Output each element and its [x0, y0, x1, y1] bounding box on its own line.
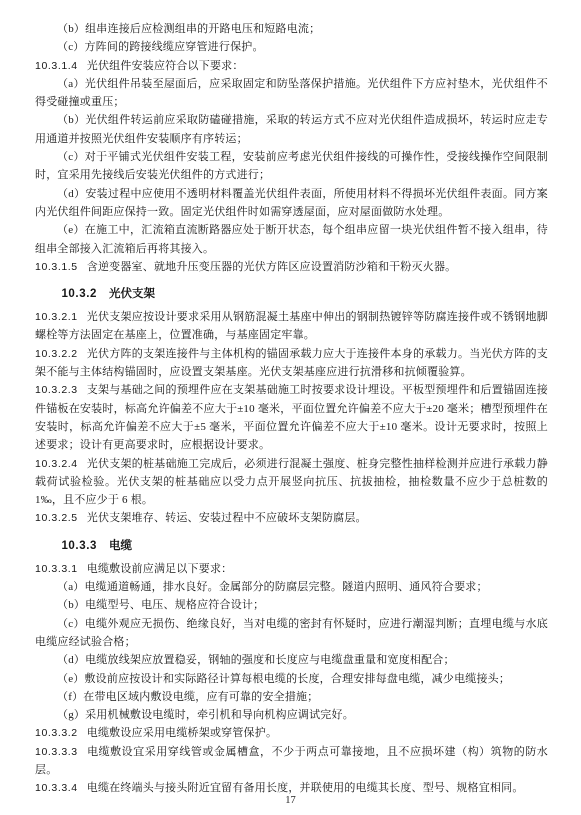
clause-number: 10.3.2.1: [35, 311, 78, 323]
clause-text: 光伏方阵的支架连接件与主体机构的锚固承载力应大于连接件本身的承载力。当光伏方阵的…: [35, 348, 548, 378]
clause-text: 支架与基础之间的预埋件应在支架基础施工时按要求设计埋设。平板型预埋件和后置锚固连…: [35, 384, 548, 451]
clause-10-3-3-1: 10.3.3.1电缆敷设前应满足以下要求：: [35, 560, 548, 578]
section-heading-10-3-2: 10.3.2光伏支架: [35, 286, 548, 302]
list-item-e: （e）敷设前应按设计和实际路径计算每根电缆的长度，合理安排每盘电缆，减少电缆接头…: [35, 670, 548, 688]
list-item-a: （a）电缆通道畅通，排水良好。金属部分的防腐层完整。隧道内照明、通风符合要求；: [35, 578, 548, 596]
clause-number: 10.3.2.4: [35, 458, 78, 470]
heading-number: 10.3.2: [61, 288, 97, 300]
clause-10-3-2-5: 10.3.2.5光伏支架堆存、转运、安装过程中不应破坏支架防腐层。: [35, 509, 548, 527]
list-item-c: （c）对于平铺式光伏组件安装工程，安装前应考虑光伏组件接线的可操作性，受接线操作…: [35, 148, 548, 185]
clause-text: 光伏组件安装应符合以下要求：: [87, 60, 244, 72]
list-item-c: （c）方阵间的跨接线缆应穿管进行保护。: [35, 38, 548, 56]
clause-text: 电缆敷设前应满足以下要求：: [87, 563, 233, 575]
clause-10-3-3-2: 10.3.3.2电缆敷设应采用电缆桥架或穿管保护。: [35, 724, 548, 742]
list-item-a: （a）光伏组件吊装至屋面后，应采取固定和防坠落保护措施。光伏组件下方应衬垫木，光…: [35, 75, 548, 112]
clause-number: 10.3.3.3: [35, 746, 78, 758]
page-number: 17: [0, 795, 581, 806]
list-item-g: （g）采用机械敷设电缆时，牵引机和导向机构应调试完好。: [35, 706, 548, 724]
clause-10-3-2-2: 10.3.2.2光伏方阵的支架连接件与主体机构的锚固承载力应大于连接件本身的承载…: [35, 345, 548, 382]
clause-10-3-2-3: 10.3.2.3支架与基础之间的预埋件应在支架基础施工时按要求设计埋设。平板型预…: [35, 381, 548, 454]
clause-10-3-2-1: 10.3.2.1光伏支架应按设计要求采用从钢筋混凝土基座中伸出的钢制热镀锌等防腐…: [35, 308, 548, 345]
clause-10-3-1-4: 10.3.1.4光伏组件安装应符合以下要求：: [35, 57, 548, 75]
clause-text: 电缆敷设宜采用穿线管或金属槽盒，不少于两点可靠接地，且不应损坏建（构）筑物的防水…: [35, 746, 548, 776]
section-heading-10-3-3: 10.3.3电缆: [35, 538, 548, 554]
clause-10-3-1-5: 10.3.1.5含逆变器室、就地升压变压器的光伏方阵区应设置消防沙箱和干粉灭火器…: [35, 258, 548, 276]
heading-text: 光伏支架: [109, 288, 155, 300]
clause-number: 10.3.2.2: [35, 348, 78, 360]
clause-text: 含逆变器室、就地升压变压器的光伏方阵区应设置消防沙箱和干粉灭火器。: [87, 261, 457, 273]
list-item-c: （c）电缆外观应无损伤、绝缘良好，当对电缆的密封有怀疑时，应进行潮湿判断；直埋电…: [35, 615, 548, 652]
clause-number: 10.3.3.1: [35, 563, 78, 575]
clause-text: 光伏支架的桩基础施工完成后，必须进行混凝土强度、桩身完整性抽样检测并应进行承载力…: [35, 458, 548, 507]
clause-number: 10.3.2.5: [35, 512, 78, 524]
clause-number: 10.3.3.4: [35, 782, 78, 794]
clause-10-3-3-3: 10.3.3.3电缆敷设宜采用穿线管或金属槽盒，不少于两点可靠接地，且不应损坏建…: [35, 743, 548, 780]
list-item-f: （f）在带电区域内敷设电缆，应有可靠的安全措施；: [35, 688, 548, 706]
clause-number: 10.3.3.2: [35, 727, 78, 739]
list-item-b: （b）电缆型号、电压、规格应符合设计；: [35, 596, 548, 614]
list-item-e: （e）在施工中，汇流箱直流断路器应处于断开状态，每个组串应留一块光伏组件暂不接入…: [35, 221, 548, 258]
list-item-d: （d）安装过程中应使用不透明材料覆盖光伏组件表面，所使用材料不得损坏光伏组件表面…: [35, 185, 548, 222]
document-page: （b）组串连接后应检测组串的开路电压和短路电流； （c）方阵间的跨接线缆应穿管进…: [0, 0, 581, 815]
heading-text: 电缆: [109, 540, 132, 552]
list-item-b: （b）组串连接后应检测组串的开路电压和短路电流；: [35, 20, 548, 38]
page-content: （b）组串连接后应检测组串的开路电压和短路电流； （c）方阵间的跨接线缆应穿管进…: [0, 0, 581, 798]
clause-text: 电缆在终端头与接头附近宜留有备用长度，并联使用的电缆其长度、型号、规格宜相同。: [87, 782, 524, 794]
clause-number: 10.3.1.4: [35, 60, 78, 72]
heading-number: 10.3.3: [61, 540, 97, 552]
list-item-b: （b）光伏组件转运前应采取防磕碰措施，采取的转运方式不应对光伏组件造成损坏，转运…: [35, 111, 548, 148]
clause-number: 10.3.2.3: [35, 384, 78, 396]
clause-10-3-2-4: 10.3.2.4光伏支架的桩基础施工完成后，必须进行混凝土强度、桩身完整性抽样检…: [35, 455, 548, 510]
clause-text: 光伏支架应按设计要求采用从钢筋混凝土基座中伸出的钢制热镀锌等防腐连接件或不锈钢地…: [35, 311, 548, 341]
clause-number: 10.3.1.5: [35, 261, 78, 273]
clause-text: 光伏支架堆存、转运、安装过程中不应破坏支架防腐层。: [87, 512, 367, 524]
clause-text: 电缆敷设应采用电缆桥架或穿管保护。: [87, 727, 277, 739]
list-item-d: （d）电缆放线架应放置稳妥，钢轴的强度和长度应与电缆盘重量和宽度相配合；: [35, 651, 548, 669]
